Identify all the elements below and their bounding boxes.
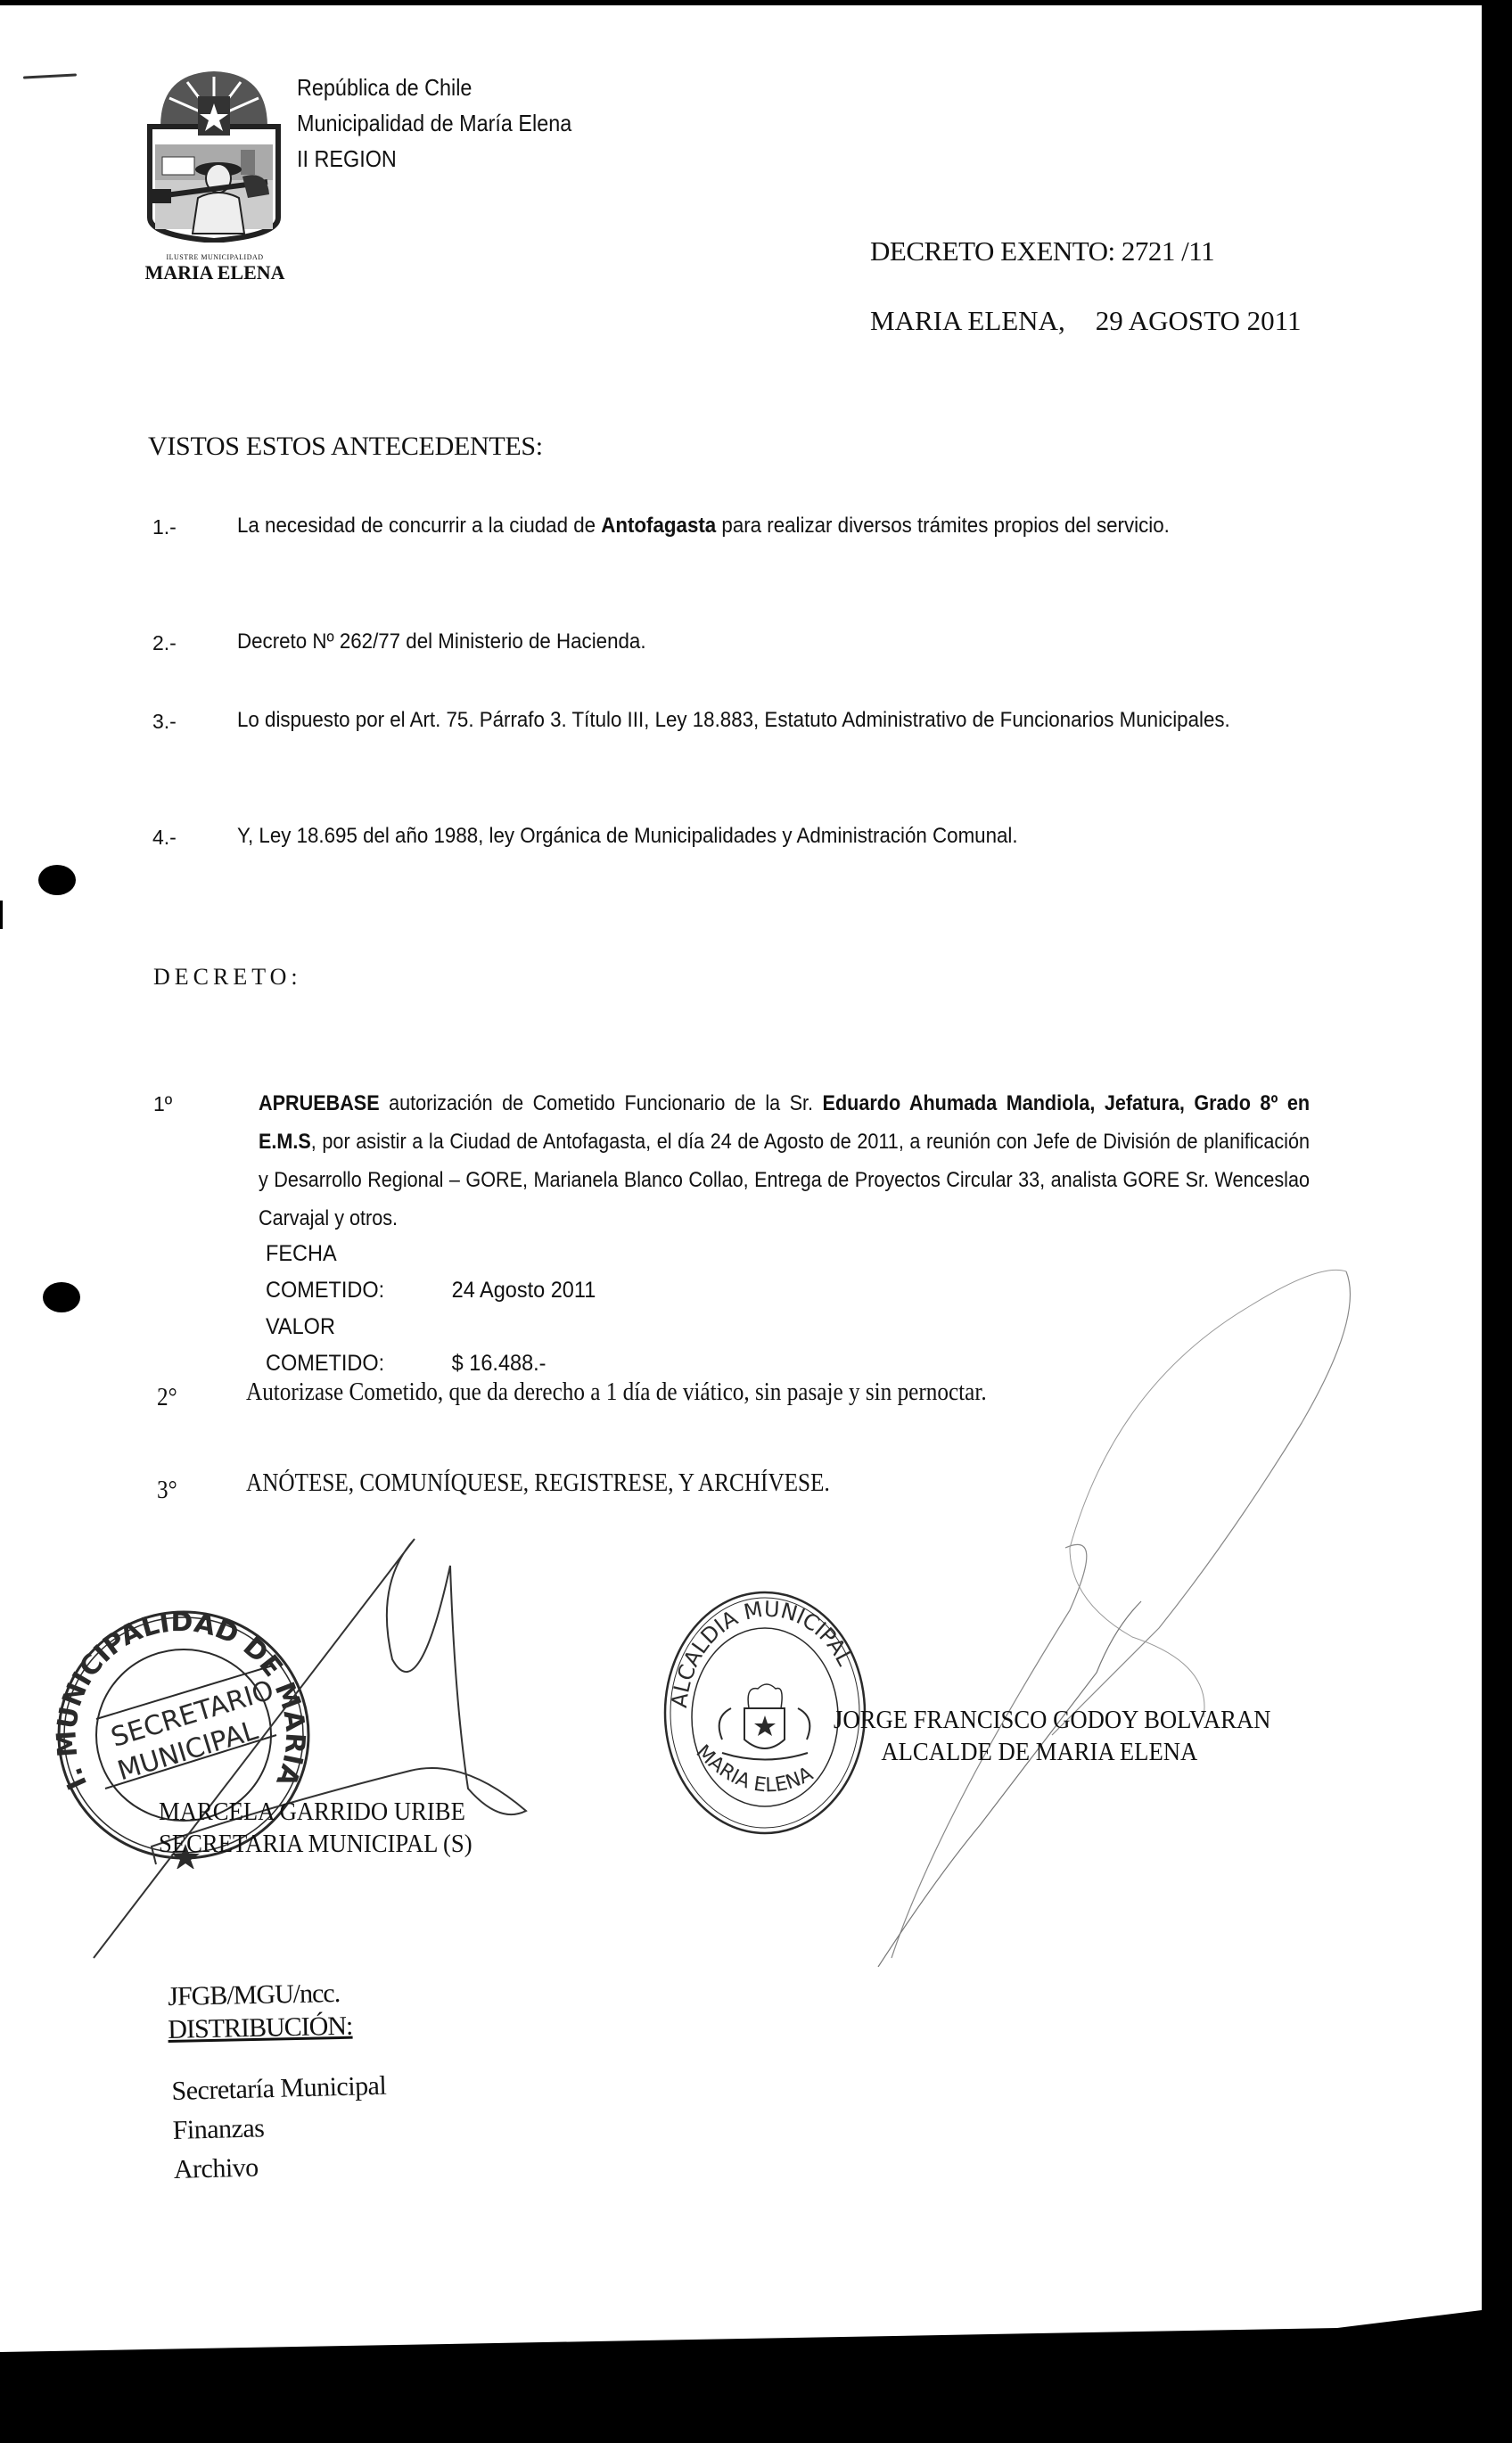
mayor-signature-block: JORGE FRANCISCO GODOY BOLVARAN ALCALDE D… [834,1704,1270,1768]
distribution-item: Secretaría Municipal [171,2067,387,2111]
vistos-item-text: para realizar diversos trámites propios … [721,514,1169,538]
decree-date: MARIA ELENA,29 AGOSTO 2011 [870,305,1302,337]
letterhead: República de Chile Municipalidad de Marí… [297,70,571,177]
distribution-heading: DISTRIBUCIÓN: [168,2011,353,2045]
letterhead-region: II REGION [297,141,571,177]
reference-initials: JFGB/MGU/ncc. [168,1978,341,2012]
letterhead-municipality: Municipalidad de María Elena [297,105,571,141]
scan-artifact [0,901,3,929]
vistos-item-number: 4.- [152,826,177,850]
decree-date-value: 29 AGOSTO 2011 [1096,305,1302,336]
decreto-heading: DECRETO: [153,964,302,991]
clause-approve: APRUEBASE autorización de Cometido Funci… [259,1084,1310,1238]
mayor-name: JORGE FRANCISCO GODOY BOLVARAN [834,1704,1270,1736]
distribution-list: Secretaría Municipal Finanzas Archivo [171,2067,389,2190]
secretary-name: MARCELA GARRIDO URIBE [159,1796,472,1828]
decree-number-label: DECRETO EXENTO: [870,235,1115,267]
vistos-heading: VISTOS ESTOS ANTECEDENTES: [148,432,543,462]
mayor-role: ALCALDE DE MARIA ELENA [834,1736,1270,1768]
logo-subtitle: ILUSTRE MUNICIPALIDAD [134,253,296,261]
logo-title: MARIA ELENA [134,261,296,284]
vistos-item: Decreto Nº 262/77 del Ministerio de Haci… [237,623,1278,660]
scan-border-top [0,0,1512,5]
decree-place: MARIA ELENA, [870,305,1065,336]
pen-mark [23,73,77,78]
vistos-item-number: 3.- [152,710,177,734]
punch-hole [43,1282,80,1312]
vistos-item-city: Antofagasta [601,514,716,538]
vistos-item: La necesidad de concurrir a la ciudad de… [237,507,1278,544]
clause-approve-lead: APRUEBASE [259,1091,380,1115]
clause-number: 1º [153,1092,172,1116]
signature-marks [0,1254,1482,1967]
punch-hole [38,865,76,895]
vistos-item-text: La necesidad de concurrir a la ciudad de [237,514,596,538]
clause-approve-text: autorización de Cometido Funcionario de … [389,1091,813,1115]
vistos-item: Y, Ley 18.695 del año 1988, ley Orgánica… [237,818,1278,854]
decree-number: DECRETO EXENTO: 2721 /11 [870,235,1214,267]
decree-number-value: 2721 /11 [1122,235,1214,267]
document-page: ILUSTRE MUNICIPALIDAD MARIA ELENA Repúbl… [0,5,1482,2431]
vistos-item-number: 2.- [152,631,177,655]
letterhead-country: República de Chile [297,70,571,105]
vistos-item-number: 1.- [152,515,177,539]
distribution-item: Archivo [173,2145,389,2190]
secretary-role: SECRETARIA MUNICIPAL (S) [159,1828,472,1860]
secretary-signature-block: MARCELA GARRIDO URIBE SECRETARIA MUNICIP… [159,1796,472,1860]
distribution-item: Finanzas [172,2106,388,2151]
municipal-coat-of-arms-icon [134,64,294,243]
clause-approve-text: , por asistir a la Ciudad de Antofagasta… [259,1130,1310,1230]
vistos-item: Lo dispuesto por el Art. 75. Párrafo 3. … [237,702,1282,738]
